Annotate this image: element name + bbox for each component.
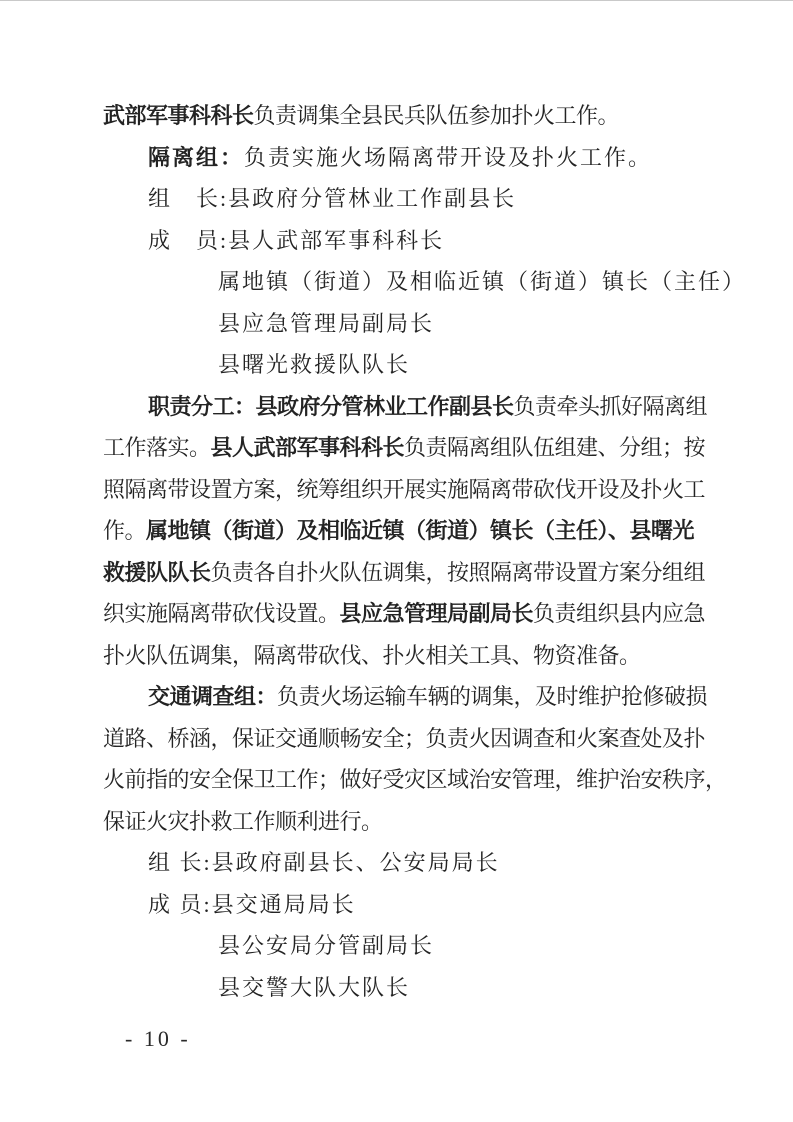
- doc-line-duties-heading: 职责分工：县政府分管林业工作副县长负责牵头抓好隔离组: [103, 386, 743, 428]
- doc-line-member: 成 员:县交通局局长: [103, 884, 743, 926]
- body-text: 作。: [103, 518, 146, 543]
- body-text: 县交警大队大队长: [218, 975, 410, 1000]
- body-text: 火前指的安全保卫工作；做好受灾区域治安管理，维护治安秩序，: [103, 767, 727, 792]
- group-name-text: 隔离组：: [148, 145, 244, 170]
- doc-line-leader: 组 长:县政府副县长、公安局局长: [103, 842, 743, 884]
- document-body: 武部军事科科长负责调集全县民兵队伍参加扑火工作。 隔离组：负责实施火场隔离带开设…: [103, 95, 743, 1008]
- document-page: 武部军事科科长负责调集全县民兵队伍参加扑火工作。 隔离组：负责实施火场隔离带开设…: [0, 0, 793, 1122]
- body-text: 组 长:县政府分管林业工作副县长: [148, 186, 516, 211]
- body-text: 保证火灾扑救工作顺利进行。: [103, 809, 383, 834]
- body-text: 负责牵头抓好隔离组: [514, 394, 708, 419]
- body-text: 属地镇（街道）及相临近镇（街道）镇长（主任）: [218, 269, 746, 294]
- doc-line-member-item: 县应急管理局副局长: [103, 303, 743, 345]
- body-text: 负责调集全县民兵队伍参加扑火工作。: [254, 103, 620, 128]
- doc-line-member-item: 县曙光救援队队长: [103, 344, 743, 386]
- body-text: 组 长:县政府副县长、公安局局长: [148, 850, 500, 875]
- doc-line: 作。属地镇（街道）及相临近镇（街道）镇长（主任）、县曙光: [103, 510, 743, 552]
- group-name-text: 交通调查组：: [148, 684, 277, 709]
- doc-line-group-heading: 交通调查组：负责火场运输车辆的调集，及时维护抢修破损: [103, 676, 743, 718]
- doc-line: 织实施隔离带砍伐设置。县应急管理局副局长负责组织县内应急: [103, 593, 743, 635]
- doc-line: 保证火灾扑救工作顺利进行。: [103, 801, 743, 843]
- doc-line: 扑火队伍调集，隔离带砍伐、扑火相关工具、物资准备。: [103, 635, 743, 677]
- body-text: 照隔离带设置方案，统筹组织开展实施隔离带砍伐开设及扑火工: [103, 477, 705, 502]
- doc-line: 道路、桥涵，保证交通顺畅安全；负责火因调查和火案查处及扑: [103, 718, 743, 760]
- body-text: 负责组织县内应急: [533, 601, 705, 626]
- doc-line-member-item: 县公安局分管副局长: [103, 925, 743, 967]
- body-text: 工作落实。: [103, 435, 211, 460]
- body-text: 负责实施火场隔离带开设及扑火工作。: [244, 145, 652, 170]
- body-text: 道路、桥涵，保证交通顺畅安全；负责火因调查和火案查处及扑: [103, 726, 705, 751]
- body-text: 负责隔离组队伍组建、分组；按: [404, 435, 705, 460]
- doc-line-member-item: 县交警大队大队长: [103, 967, 743, 1009]
- doc-line-member: 成 员:县人武部军事科科长: [103, 220, 743, 262]
- body-text: 负责火场运输车辆的调集，及时维护抢修破损: [277, 684, 707, 709]
- bold-role-text: 县人武部军事科科长: [211, 435, 405, 460]
- body-text: 县曙光救援队队长: [218, 352, 410, 377]
- doc-line: 救援队队长负责各自扑火队伍调集，按照隔离带设置方案分组组: [103, 552, 743, 594]
- bold-role-text: 救援队队长: [103, 560, 211, 585]
- body-text: 成 员:县人武部军事科科长: [148, 228, 444, 253]
- bold-role-text: 县应急管理局副局长: [340, 601, 534, 626]
- body-text: 成 员:县交通局局长: [148, 892, 356, 917]
- doc-line-member-item: 属地镇（街道）及相临近镇（街道）镇长（主任）: [103, 261, 743, 303]
- doc-line-group-heading: 隔离组：负责实施火场隔离带开设及扑火工作。: [103, 137, 743, 179]
- doc-line: 工作落实。县人武部军事科科长负责隔离组队伍组建、分组；按: [103, 427, 743, 469]
- doc-line-continuation: 武部军事科科长负责调集全县民兵队伍参加扑火工作。: [103, 95, 743, 137]
- body-text: 县应急管理局副局长: [218, 311, 434, 336]
- doc-line-leader: 组 长:县政府分管林业工作副县长: [103, 178, 743, 220]
- doc-line: 照隔离带设置方案，统筹组织开展实施隔离带砍伐开设及扑火工: [103, 469, 743, 511]
- bold-role-text: 职责分工：县政府分管林业工作副县长: [148, 394, 514, 419]
- page-number: - 10 -: [125, 1026, 191, 1052]
- body-text: 负责各自扑火队伍调集，按照隔离带设置方案分组组: [211, 560, 706, 585]
- body-text: 县公安局分管副局长: [218, 933, 434, 958]
- doc-line: 火前指的安全保卫工作；做好受灾区域治安管理，维护治安秩序，: [103, 759, 743, 801]
- body-text: 织实施隔离带砍伐设置。: [103, 601, 340, 626]
- bold-role-text: 武部军事科科长: [103, 103, 254, 128]
- body-text: 扑火队伍调集，隔离带砍伐、扑火相关工具、物资准备。: [103, 643, 641, 668]
- bold-role-text: 属地镇（街道）及相临近镇（街道）镇长（主任）、县曙光: [146, 518, 694, 543]
